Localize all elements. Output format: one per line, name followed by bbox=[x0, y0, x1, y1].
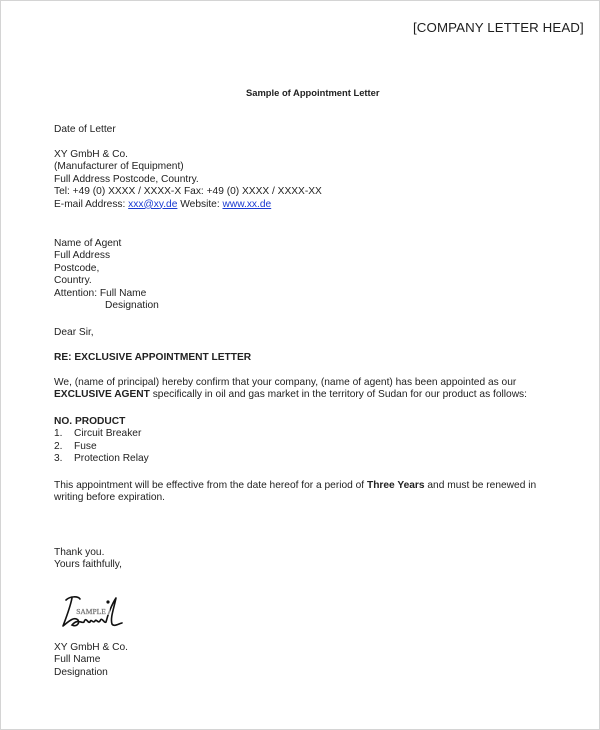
product-name: Circuit Breaker bbox=[74, 428, 141, 440]
three-years-text: Three Years bbox=[367, 480, 425, 491]
recipient-designation: Designation bbox=[54, 300, 159, 312]
signature-scribble-icon: SAMPLE bbox=[58, 594, 128, 630]
website-label: Website: bbox=[177, 199, 222, 210]
sender-address: Full Address Postcode, Country. bbox=[54, 174, 322, 186]
exclusive-agent-text: EXCLUSIVE AGENT bbox=[54, 389, 150, 400]
email-label: E-mail Address: bbox=[54, 199, 128, 210]
paragraph-2-start: This appointment will be effective from … bbox=[54, 480, 367, 491]
product-item: 2.Fuse bbox=[54, 441, 149, 453]
subject-line: RE: EXCLUSIVE APPOINTMENT LETTER bbox=[54, 352, 251, 364]
website-link[interactable]: www.xx.de bbox=[223, 199, 272, 210]
recipient-postcode: Postcode, bbox=[54, 263, 159, 275]
product-number: 1. bbox=[54, 428, 74, 440]
email-link[interactable]: xxx@xy.de bbox=[128, 199, 177, 210]
thank-you-text: Thank you. bbox=[54, 547, 122, 559]
product-header: NO. PRODUCT bbox=[54, 416, 149, 428]
paragraph-1-line-1: We, (name of principal) hereby confirm t… bbox=[54, 377, 527, 389]
svg-text:SAMPLE: SAMPLE bbox=[76, 607, 106, 616]
paragraph-1-rest: specifically in oil and gas market in th… bbox=[150, 389, 527, 400]
sender-company: XY GmbH & Co. bbox=[54, 149, 322, 161]
date-of-letter: Date of Letter bbox=[54, 124, 116, 136]
body-paragraph-1: We, (name of principal) hereby confirm t… bbox=[54, 377, 527, 402]
salutation-text: Dear Sir, bbox=[54, 327, 94, 339]
document-title: Sample of Appointment Letter bbox=[1, 87, 599, 99]
product-list: 1.Circuit Breaker 2.Fuse 3.Protection Re… bbox=[54, 428, 149, 465]
signatory-block: XY GmbH & Co. Full Name Designation bbox=[54, 642, 128, 679]
product-section: NO. PRODUCT 1.Circuit Breaker 2.Fuse 3.P… bbox=[54, 416, 149, 466]
sign-off-text: Yours faithfully, bbox=[54, 559, 122, 571]
signature-image: SAMPLE bbox=[58, 594, 128, 630]
product-number: 2. bbox=[54, 441, 74, 453]
company-letterhead: [COMPANY LETTER HEAD] bbox=[413, 22, 584, 34]
product-name: Protection Relay bbox=[74, 453, 149, 465]
body-paragraph-2: This appointment will be effective from … bbox=[54, 480, 536, 505]
paragraph-2-line-2: writing before expiration. bbox=[54, 492, 536, 504]
signatory-designation: Designation bbox=[54, 667, 128, 679]
sender-phone-fax: Tel: +49 (0) XXXX / XXXX-X Fax: +49 (0) … bbox=[54, 186, 322, 198]
recipient-address-block: Name of Agent Full Address Postcode, Cou… bbox=[54, 238, 159, 312]
recipient-name: Name of Agent bbox=[54, 238, 159, 250]
subject-text: RE: EXCLUSIVE APPOINTMENT LETTER bbox=[54, 352, 251, 364]
recipient-address: Full Address bbox=[54, 250, 159, 262]
sender-address-block: XY GmbH & Co. (Manufacturer of Equipment… bbox=[54, 149, 322, 211]
product-name: Fuse bbox=[74, 441, 97, 453]
product-item: 1.Circuit Breaker bbox=[54, 428, 149, 440]
signatory-name: Full Name bbox=[54, 654, 128, 666]
sender-description: (Manufacturer of Equipment) bbox=[54, 161, 322, 173]
salutation: Dear Sir, bbox=[54, 327, 94, 339]
signatory-company: XY GmbH & Co. bbox=[54, 642, 128, 654]
paragraph-2-line-1: This appointment will be effective from … bbox=[54, 480, 536, 492]
date-line: Date of Letter bbox=[54, 124, 116, 136]
letter-page: [COMPANY LETTER HEAD] Sample of Appointm… bbox=[0, 0, 600, 730]
sender-contact-line: E-mail Address: xxx@xy.de Website: www.x… bbox=[54, 199, 322, 211]
paragraph-2-end: and must be renewed in bbox=[425, 480, 537, 491]
product-item: 3.Protection Relay bbox=[54, 453, 149, 465]
product-number: 3. bbox=[54, 453, 74, 465]
paragraph-1-line-2: EXCLUSIVE AGENT specifically in oil and … bbox=[54, 389, 527, 401]
recipient-country: Country. bbox=[54, 275, 159, 287]
recipient-attention: Attention: Full Name bbox=[54, 288, 159, 300]
closing-block: Thank you. Yours faithfully, bbox=[54, 547, 122, 572]
